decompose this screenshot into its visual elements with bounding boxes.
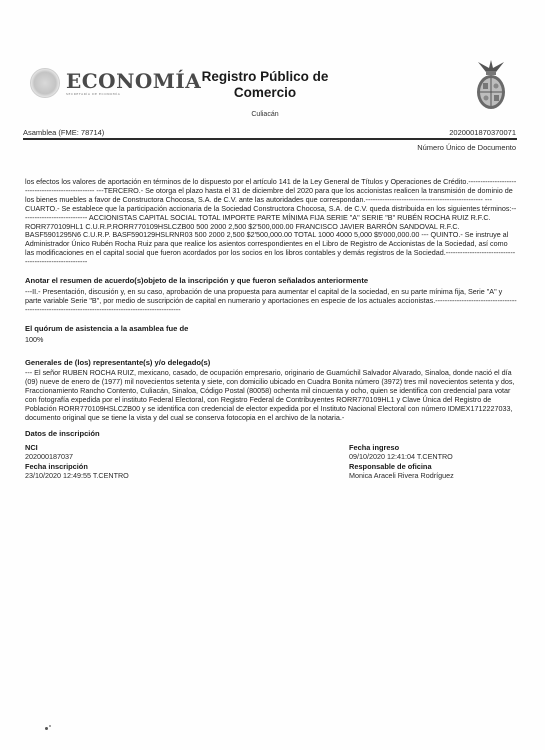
- logo-name: ECONOMÍA: [66, 70, 201, 92]
- scan-speck: [49, 725, 51, 727]
- registration-data: NCI 202000187037 Fecha inscripción 23/10…: [25, 442, 517, 502]
- title-line-2: Comercio: [190, 85, 340, 101]
- sinaloa-coat-of-arms-icon: [474, 56, 508, 112]
- representatives-heading: Generales de (los) representante(s) y/o …: [25, 359, 517, 368]
- document-body: los efectos los valores de aportación en…: [25, 178, 517, 502]
- economia-logo: ECONOMÍA SECRETARÍA DE ECONOMÍA: [30, 68, 201, 98]
- title-line-1: Registro Público de: [190, 69, 340, 85]
- quorum-value: 100%: [25, 336, 517, 345]
- responsable-label: Responsable de oficina: [349, 462, 454, 471]
- fecha-inscripcion-value: 23/10/2020 12:49:55 T.CENTRO: [25, 471, 129, 481]
- summary-paragraph: ---II.- Presentación, discusión y, en su…: [25, 288, 517, 315]
- document-title: Registro Público de Comercio: [190, 69, 340, 101]
- summary-heading: Anotar el resumen de acuerdo(s)objeto de…: [25, 277, 517, 286]
- logo-subtitle: SECRETARÍA DE ECONOMÍA: [66, 92, 201, 97]
- national-seal-icon: [30, 68, 60, 98]
- fecha-ingreso-label: Fecha ingreso: [349, 443, 454, 452]
- nci-value: 202000187037: [25, 452, 129, 462]
- document-page: ECONOMÍA SECRETARÍA DE ECONOMÍA Registro…: [0, 0, 545, 750]
- fecha-ingreso-value: 09/10/2020 12:41:04 T.CENTRO: [349, 452, 454, 462]
- registration-right-column: Fecha ingreso 09/10/2020 12:41:04 T.CENT…: [349, 442, 454, 481]
- document-code-label: Número Único de Documento: [417, 143, 516, 152]
- registration-left-column: NCI 202000187037 Fecha inscripción 23/10…: [25, 442, 129, 481]
- agreements-paragraph: los efectos los valores de aportación en…: [25, 178, 517, 267]
- representatives-paragraph: --- El señor RUBEN ROCHA RUIZ, mexicano,…: [25, 369, 517, 422]
- office-city: Culiacán: [190, 111, 340, 118]
- document-code: 2020001870370071: [449, 128, 516, 137]
- act-type-label: Asamblea (FME: 78714): [23, 128, 104, 137]
- quorum-heading: El quórum de asistencia a la asamblea fu…: [25, 325, 517, 334]
- registration-heading: Datos de inscripción: [25, 430, 517, 439]
- scan-speck: [45, 727, 48, 730]
- nci-label: NCI: [25, 443, 129, 452]
- fecha-inscripcion-label: Fecha inscripción: [25, 462, 129, 471]
- header-divider: [23, 138, 517, 140]
- responsable-value: Monica Araceli Rivera Rodríguez: [349, 471, 454, 481]
